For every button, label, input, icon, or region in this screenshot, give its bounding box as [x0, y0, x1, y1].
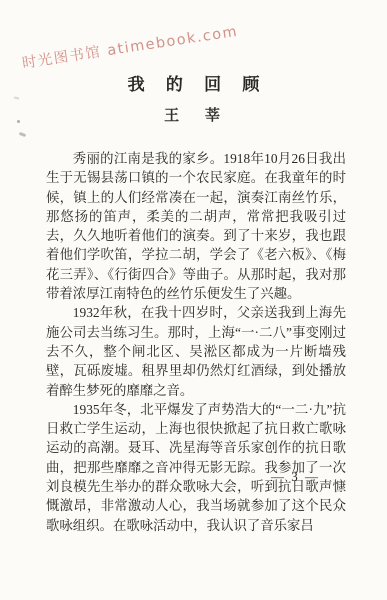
paragraph-1: 秀丽的江南是我的家乡。1918年10月26日我出生于无锡县荡口镇的一个农民家庭。… [46, 149, 346, 303]
page-number: — 3 — [271, 469, 320, 485]
library-watermark: 时光图书馆 atimebook.com [20, 20, 239, 73]
author-name: 王 莘 [0, 104, 387, 125]
scan-speck [14, 97, 19, 100]
book-page: 时光图书馆 atimebook.com 我 的 回 顾 王 莘 秀丽的江南是我的… [0, 0, 387, 600]
page-title: 我 的 回 顾 [0, 70, 387, 95]
paragraph-3: 1935年冬，北平爆发了声势浩大的“一二·九”抗日救亡学生运动，上海也很快掀起了… [46, 400, 346, 535]
scan-speck [19, 132, 27, 137]
paragraph-2: 1932年秋，在我十四岁时，父亲送我到上海先施公司去当练习生。那时，上海“一·二… [46, 303, 346, 399]
